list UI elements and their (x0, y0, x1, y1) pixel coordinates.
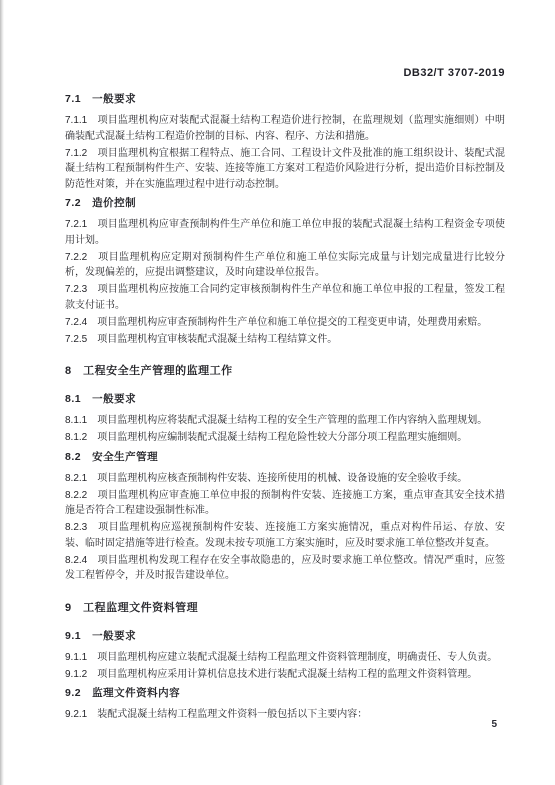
clause-9-2-1: 9.2.1 装配式混凝土结构工程监理文件资料一般包括以下主要内容： (65, 707, 505, 723)
clause-7-2-1: 7.2.1 项目监理机构应审查预制构件生产单位和施工单位申报的装配式混凝土结构工… (65, 217, 505, 248)
clause-7-2-2: 7.2.2 项目监理机构应定期对预制构件生产单位和施工单位实际完成量与计划完成量… (65, 250, 505, 281)
section-heading-7-1: 7.1 一般要求 (65, 93, 505, 106)
clause-8-2-1: 8.2.1 项目监理机构应核查预制构件安装、连接所使用的机械、设备设施的安全验收… (65, 471, 505, 487)
clause-7-1-2: 7.1.2 项目监理机构宜根据工程特点、施工合同、工程设计文件及批准的施工组织设… (65, 146, 505, 193)
document-page: DB32/T 3707-2019 7.1 一般要求 7.1.1 项目监理机构应对… (0, 0, 555, 785)
page-number: 5 (491, 719, 497, 730)
clause-7-2-3: 7.2.3 项目监理机构应按施工合同约定审核预制构件生产单位和施工单位申报的工程… (65, 282, 505, 313)
chapter-heading-8: 8 工程安全生产管理的监理工作 (65, 364, 505, 378)
section-heading-9-2: 9.2 监理文件资料内容 (65, 687, 505, 700)
clause-8-2-3: 8.2.3 项目监理机构应巡视预制构件安装、连接施工方案实施情况，重点对构件吊运… (65, 520, 505, 551)
chapter-heading-9: 9 工程监理文件资料管理 (65, 601, 505, 615)
page-edge-shadow (0, 0, 4, 785)
document-content: 7.1 一般要求 7.1.1 项目监理机构应对装配式混凝土结构工程造价进行控制，… (65, 0, 505, 724)
clause-7-2-4: 7.2.4 项目监理机构应审查预制构件生产单位和施工单位提交的工程变更申请，处理… (65, 315, 505, 331)
clause-7-2-5: 7.2.5 项目监理机构宜审核装配式混凝土结构工程结算文件。 (65, 332, 505, 348)
clause-8-2-4: 8.2.4 项目监理机构发现工程存在安全事故隐患的，应及时要求施工单位整改。情况… (65, 553, 505, 584)
section-heading-8-1: 8.1 一般要求 (65, 393, 505, 406)
clause-9-1-2: 9.1.2 项目监理机构应采用计算机信息技术进行装配式混凝土结构工程的监理文件资… (65, 667, 505, 683)
clause-8-1-1: 8.1.1 项目监理机构应将装配式混凝土结构工程的安全生产管理的监理工作内容纳入… (65, 413, 505, 429)
section-heading-8-2: 8.2 安全生产管理 (65, 451, 505, 464)
section-heading-7-2: 7.2 造价控制 (65, 197, 505, 210)
clause-8-2-2: 8.2.2 项目监理机构应审查施工单位申报的预制构件安装、连接施工方案，重点审查… (65, 488, 505, 519)
clause-7-1-1: 7.1.1 项目监理机构应对装配式混凝土结构工程造价进行控制，在监理规划（监理实… (65, 113, 505, 144)
section-heading-9-1: 9.1 一般要求 (65, 630, 505, 643)
clause-9-1-1: 9.1.1 项目监理机构应建立装配式混凝土结构工程监理文件资料管理制度，明确责任… (65, 650, 505, 666)
clause-8-1-2: 8.1.2 项目监理机构应编制装配式混凝土结构工程危险性较大分部分项工程监理实施… (65, 430, 505, 446)
